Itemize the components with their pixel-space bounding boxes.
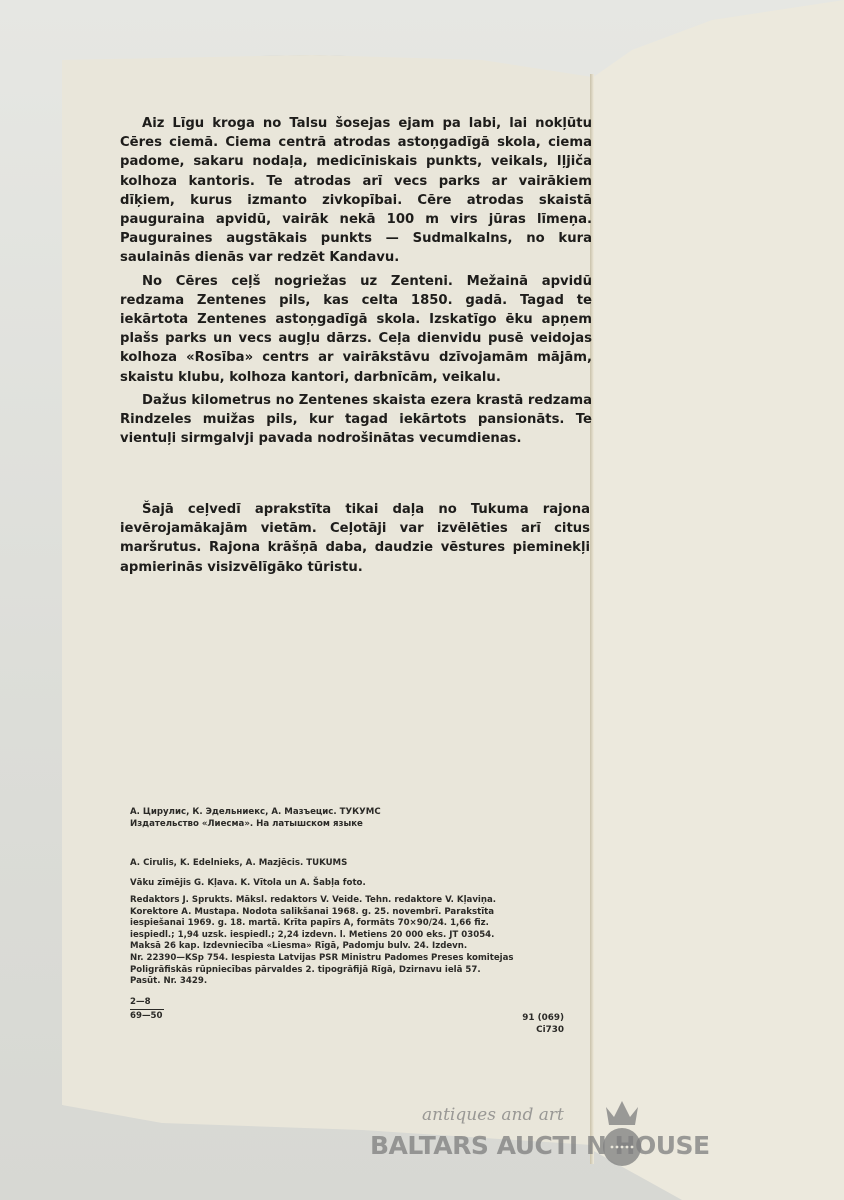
imprint-line: iespiedl.; 1,94 uzsk. iespiedl.; 2,24 iz… [130, 930, 575, 942]
imprint-ru-publisher: Издательство «Лиесма». На латышском язык… [130, 819, 575, 831]
catalog-codes: 91 (069) Ci730 [500, 1012, 564, 1036]
print-fraction: 2—8 69—50 [130, 997, 164, 1022]
main-text: Aiz Līgu kroga no Talsu šosejas ejam pa … [120, 114, 592, 452]
imprint-details: Redaktors J. Sprukts. Māksl. redaktors V… [130, 895, 575, 988]
fraction-denominator: 69—50 [130, 1010, 164, 1022]
paragraph: Aiz Līgu kroga no Talsu šosejas ejam pa … [120, 114, 592, 268]
imprint-line: iespiešanai 1969. g. 18. martā. Krīta pa… [130, 918, 575, 930]
closing-paragraph: Šajā ceļvedī aprakstīta tikai daļa no Tu… [120, 500, 590, 577]
catalog-code: Ci730 [500, 1024, 564, 1036]
imprint-line: Nr. 22390—KSp 754. Iespiesta Latvijas PS… [130, 953, 575, 965]
paragraph: Šajā ceļvedī aprakstīta tikai daļa no Tu… [120, 500, 590, 577]
imprint-line: Pasūt. Nr. 3429. [130, 976, 575, 988]
fraction-numerator: 2—8 [130, 997, 164, 1010]
imprint-line: Redaktors J. Sprukts. Māksl. redaktors V… [130, 895, 575, 907]
imprint-lv-authors: A. Cirulis, K. Edelnieks, A. Mazjēcis. T… [130, 858, 575, 870]
right-page [592, 0, 844, 1200]
imprint-line: Korektore A. Mustapa. Nodota salikšanai … [130, 907, 575, 919]
watermark-tagline: antiques and art [422, 1105, 564, 1125]
watermark-name: BALTARS AUCTI N HOUSE [370, 1131, 710, 1160]
watermark: antiques and art BALTARS AUCTI N HOUSE [370, 1105, 770, 1175]
catalog-code: 91 (069) [500, 1012, 564, 1024]
imprint-ru-authors: А. Цирулис, К. Эдельниекс, А. Мазъецис. … [130, 807, 575, 819]
imprint-line: Maksā 26 kap. Izdevniecība «Liesma» Rīgā… [130, 941, 575, 953]
paragraph: No Cēres ceļš nogriežas uz Zenteni. Meža… [120, 272, 592, 387]
crown-orb-icon [602, 1097, 642, 1169]
imprint-line: Poligrāfiskās rūpniecības pārvaldes 2. t… [130, 965, 575, 977]
paragraph: Dažus kilometrus no Zentenes skaista eze… [120, 391, 592, 449]
imprint-cover-credit: Vāku zīmējis G. Kļava. K. Vītola un A. Š… [130, 878, 575, 890]
imprint-russian: А. Цирулис, К. Эдельниекс, А. Мазъецис. … [130, 807, 575, 830]
